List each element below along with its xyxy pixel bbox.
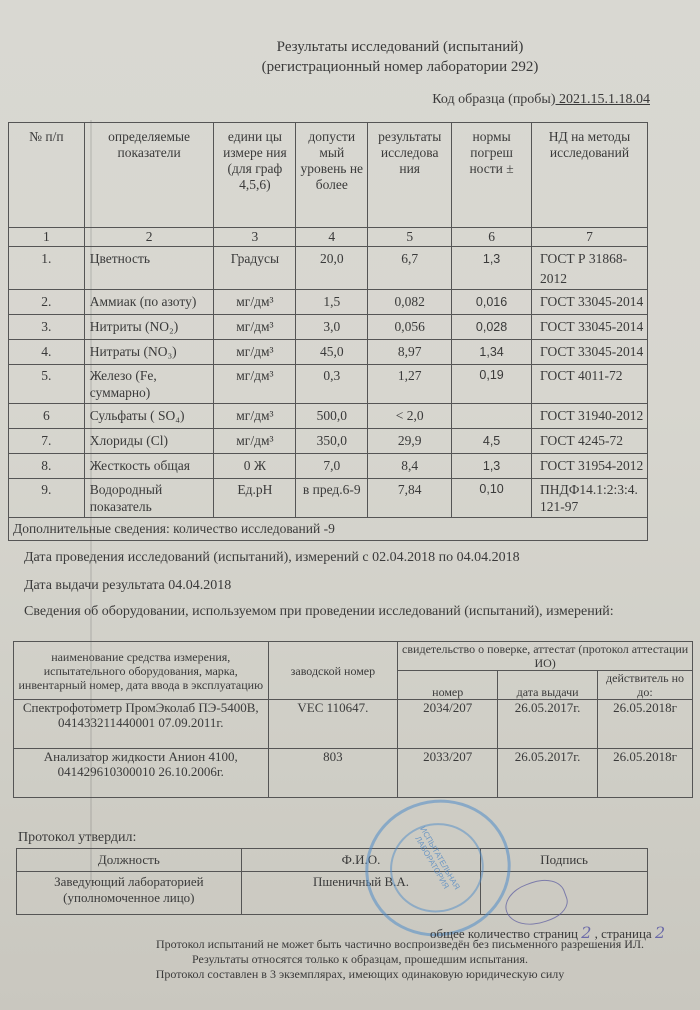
sample-code-value: 2021.15.1.18.04 — [556, 92, 651, 107]
row-number: 5. — [9, 365, 85, 404]
indicator-name: Аммиак (по азоту) — [84, 290, 214, 315]
unit: мг/дм³ — [214, 290, 296, 315]
col-header-number: № п/п — [9, 123, 85, 228]
allowed-limit: 350,0 — [296, 429, 368, 454]
certificate-issue-date: 26.05.2017г. — [498, 700, 598, 749]
row-number: 9. — [9, 479, 85, 518]
method-standard: ГОСТ 31940-2012 — [531, 404, 647, 429]
table-row: 5.Железо (Fe, суммарно)мг/дм³0,31,270,19… — [9, 365, 648, 404]
certificate-valid-until: 26.05.2018г — [598, 700, 693, 749]
indicator-name: Нитраты (NO₃) — [84, 340, 214, 365]
col-header-result: результаты исследова ния — [368, 123, 452, 228]
col-number: 3 — [214, 228, 296, 247]
error-margin: 0,016 — [452, 290, 532, 315]
method-standard: ГОСТ 33045-2014 — [531, 315, 647, 340]
column-number-row: 1 2 3 4 5 6 7 — [9, 228, 648, 247]
equipment-name: Анализатор жидкости Анион 4100, 04142961… — [14, 749, 269, 798]
result-value: 0,056 — [368, 315, 452, 340]
result-value: 8,97 — [368, 340, 452, 365]
col-header-indicator: определяемые показатели — [84, 123, 214, 228]
table-row: 1.ЦветностьГрадусы20,06,71,3ГОСТ Р 31868… — [9, 247, 648, 290]
approval-label: Протокол утвердил: — [18, 830, 136, 846]
result-value: 1,27 — [368, 365, 452, 404]
allowed-limit: 45,0 — [296, 340, 368, 365]
footer-line-3: Протокол составлен в 3 экземплярах, имею… — [60, 967, 660, 982]
error-margin: 0,19 — [452, 365, 532, 404]
indicator-name: Сульфаты ( SO₄) — [84, 404, 214, 429]
table-row: 9.Водородный показательЕд.рНв пред.6-97,… — [9, 479, 648, 518]
document-title: Результаты исследований (испытаний) — [150, 38, 650, 56]
indicator-name: Железо (Fe, суммарно) — [84, 365, 214, 404]
footer-line-1: Протокол испытаний не может быть частичн… — [100, 937, 700, 952]
error-margin: 1,34 — [452, 340, 532, 365]
allowed-limit: 0,3 — [296, 365, 368, 404]
indicator-name: Водородный показатель — [84, 479, 214, 518]
allowed-limit: в пред.6-9 — [296, 479, 368, 518]
error-margin — [452, 404, 532, 429]
equipment-header-row: наименование средства измерения, испытат… — [14, 642, 693, 671]
unit: 0 Ж — [214, 454, 296, 479]
table-row: 2.Аммиак (по азоту)мг/дм³1,50,0820,016ГО… — [9, 290, 648, 315]
indicator-name: Хлориды (Cl) — [84, 429, 214, 454]
unit: Ед.рН — [214, 479, 296, 518]
serial-number: VEC 110647. — [268, 700, 398, 749]
issue-date: Дата выдачи результата 04.04.2018 — [24, 578, 231, 594]
approval-col-position: Должность — [17, 849, 242, 872]
unit: мг/дм³ — [214, 404, 296, 429]
equip-col-issue-date: дата выдачи — [498, 671, 598, 700]
result-value: < 2,0 — [368, 404, 452, 429]
table-row: Анализатор жидкости Анион 4100, 04142961… — [14, 749, 693, 798]
row-number: 3. — [9, 315, 85, 340]
equip-col-name: наименование средства измерения, испытат… — [14, 642, 269, 700]
equipment-intro: Сведения об оборудовании, используемом п… — [24, 603, 679, 620]
method-standard: ГОСТ 31954-2012 — [531, 454, 647, 479]
table-row: 6Сульфаты ( SO₄)мг/дм³500,0< 2,0ГОСТ 319… — [9, 404, 648, 429]
table-row: 7.Хлориды (Cl)мг/дм³350,029,94,5ГОСТ 424… — [9, 429, 648, 454]
result-value: 8,4 — [368, 454, 452, 479]
row-number: 6 — [9, 404, 85, 429]
certificate-issue-date: 26.05.2017г. — [498, 749, 598, 798]
row-number: 7. — [9, 429, 85, 454]
equipment-table: наименование средства измерения, испытат… — [13, 641, 693, 798]
method-standard: ГОСТ 4245-72 — [531, 429, 647, 454]
allowed-limit: 1,5 — [296, 290, 368, 315]
indicator-name: Жесткость общая — [84, 454, 214, 479]
sample-code: Код образца (пробы) 2021.15.1.18.04 — [432, 92, 650, 108]
error-margin: 1,3 — [452, 247, 532, 290]
table-row: 4.Нитраты (NO₃)мг/дм³45,08,971,34ГОСТ 33… — [9, 340, 648, 365]
approval-header-row: Должность Ф.И.О. Подпись — [17, 849, 648, 872]
indicator-name: Цветность — [84, 247, 214, 290]
certificate-valid-until: 26.05.2018г — [598, 749, 693, 798]
certificate-number: 2033/207 — [398, 749, 498, 798]
allowed-limit: 20,0 — [296, 247, 368, 290]
equip-col-certificate: свидетельство о поверке, аттестат (прото… — [398, 642, 693, 671]
additional-info-row: Дополнительные сведения: количество иссл… — [9, 518, 648, 541]
results-table: № п/п определяемые показатели едини цы и… — [8, 122, 648, 541]
row-number: 1. — [9, 247, 85, 290]
sample-code-label: Код образца (пробы) — [432, 92, 555, 107]
col-header-limit: допусти мый уровень не более — [296, 123, 368, 228]
col-number: 7 — [531, 228, 647, 247]
test-period: Дата проведения исследований (испытаний)… — [24, 550, 520, 566]
allowed-limit: 500,0 — [296, 404, 368, 429]
unit: мг/дм³ — [214, 340, 296, 365]
document-page: Результаты исследований (испытаний) (рег… — [0, 0, 700, 1010]
method-standard: ГОСТ 4011-72 — [531, 365, 647, 404]
col-header-error: нормы погреш ности ± — [452, 123, 532, 228]
error-margin: 0,10 — [452, 479, 532, 518]
results-body: 1.ЦветностьГрадусы20,06,71,3ГОСТ Р 31868… — [9, 247, 648, 518]
indicator-name: Нитриты (NO₂) — [84, 315, 214, 340]
certificate-number: 2034/207 — [398, 700, 498, 749]
error-margin: 0,028 — [452, 315, 532, 340]
col-header-method: НД на методы исследований — [531, 123, 647, 228]
lab-registration-number: (регистрационный номер лаборатории 292) — [150, 58, 650, 76]
row-number: 4. — [9, 340, 85, 365]
col-number: 5 — [368, 228, 452, 247]
footer-line-2: Результаты относятся только к образцам, … — [60, 952, 660, 967]
table-row: 8.Жесткость общая0 Ж7,08,41,3ГОСТ 31954-… — [9, 454, 648, 479]
equip-col-cert-number: номер — [398, 671, 498, 700]
col-header-unit: едини цы измере ния (для граф 4,5,6) — [214, 123, 296, 228]
error-margin: 1,3 — [452, 454, 532, 479]
col-number: 1 — [9, 228, 85, 247]
row-number: 2. — [9, 290, 85, 315]
unit: мг/дм³ — [214, 315, 296, 340]
col-number: 2 — [84, 228, 214, 247]
unit: мг/дм³ — [214, 365, 296, 404]
unit: Градусы — [214, 247, 296, 290]
method-standard: ГОСТ Р 31868-2012 — [531, 247, 647, 290]
result-value: 0,082 — [368, 290, 452, 315]
method-standard: ГОСТ 33045-2014 — [531, 340, 647, 365]
method-standard: ПНДФ14.1:2:3:4. 121-97 — [531, 479, 647, 518]
result-value: 29,9 — [368, 429, 452, 454]
equip-col-serial: заводской номер — [268, 642, 398, 700]
equipment-name: Спектрофотометр ПромЭколаб ПЭ-5400В, 041… — [14, 700, 269, 749]
table-row: Спектрофотометр ПромЭколаб ПЭ-5400В, 041… — [14, 700, 693, 749]
error-margin: 4,5 — [452, 429, 532, 454]
col-number: 4 — [296, 228, 368, 247]
allowed-limit: 7,0 — [296, 454, 368, 479]
results-header-row: № п/п определяемые показатели едини цы и… — [9, 123, 648, 228]
result-value: 7,84 — [368, 479, 452, 518]
equip-col-valid-until: действитель но до: — [598, 671, 693, 700]
col-number: 6 — [452, 228, 532, 247]
table-row: 3.Нитриты (NO₂)мг/дм³3,00,0560,028ГОСТ 3… — [9, 315, 648, 340]
method-standard: ГОСТ 33045-2014 — [531, 290, 647, 315]
equipment-body: Спектрофотометр ПромЭколаб ПЭ-5400В, 041… — [14, 700, 693, 798]
serial-number: 803 — [268, 749, 398, 798]
result-value: 6,7 — [368, 247, 452, 290]
additional-info: Дополнительные сведения: количество иссл… — [9, 518, 648, 541]
allowed-limit: 3,0 — [296, 315, 368, 340]
row-number: 8. — [9, 454, 85, 479]
unit: мг/дм³ — [214, 429, 296, 454]
approver-position: Заведующий лабораторией (уполномоченное … — [17, 872, 242, 915]
